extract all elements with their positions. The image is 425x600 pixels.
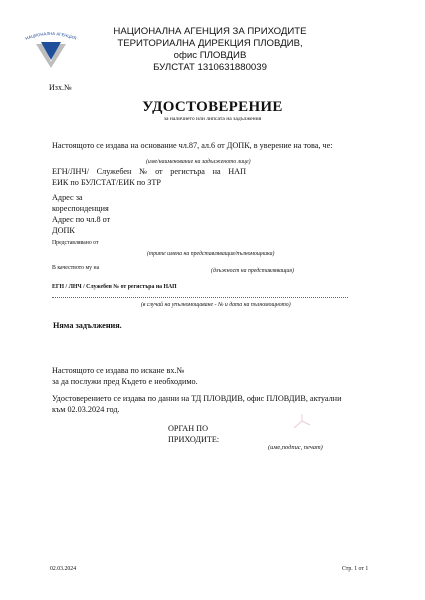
name-hint: (име/наименование на задълженото лице) xyxy=(146,159,251,165)
agency-name: НАЦИОНАЛНА АГЕНЦИЯ ЗА ПРИХОДИТЕ xyxy=(100,26,320,38)
capacity-label: В качеството му на xyxy=(52,265,99,271)
capacity-hint: (длъжност на представляващия) xyxy=(211,268,294,274)
outgoing-number-label: Изх.№ xyxy=(49,83,72,92)
art8-address-label: Адрес по чл.8 от ДОПК xyxy=(52,215,110,236)
rep-egn-label: ЕГН / ЛНЧ / Служебен № от регистъра на Н… xyxy=(52,284,177,290)
art8-address-label-l1: Адрес по чл.8 от xyxy=(52,215,110,226)
signature-mark xyxy=(290,412,314,430)
egn-label-line2: ЕИК по БУЛСТАТ/ЕИК по ЗТР xyxy=(52,178,161,189)
svg-text:НАЦИОНАЛНА АГЕНЦИЯ ЗА ПРИХОДИТ: НАЦИОНАЛНА АГЕНЦИЯ ЗА ПРИХОДИТЕ xyxy=(22,28,77,41)
footer-date: 02.03.2024 xyxy=(50,566,76,572)
footer-page-number: Стр. 1 от 1 xyxy=(342,566,368,572)
data-source-line1: Удостоверението се издава по данни на ТД… xyxy=(52,394,341,405)
request-line: Настоящото се издава по искане вх.№ xyxy=(52,366,184,377)
intro-text: Настоящото се издава на основание чл.87,… xyxy=(52,141,333,152)
bulstat-number: БУЛСТАТ 1310631880039 xyxy=(100,62,320,74)
purpose-line: за да послужи пред Където е необходимо. xyxy=(52,377,198,388)
art8-address-label-l2: ДОПК xyxy=(52,226,110,237)
document-title: УДОСТОВЕРЕНИЕ xyxy=(0,99,425,116)
represented-hint: (трите имена на представляващия/пълномощ… xyxy=(147,251,274,257)
office-name: офис ПЛОВДИВ xyxy=(100,50,320,62)
revenue-organ-label: ОРГАН ПО ПРИХОДИТЕ: xyxy=(168,424,219,445)
directorate-name: ТЕРИТОРИАЛНА ДИРЕКЦИЯ ПЛОВДИВ, xyxy=(100,38,320,50)
result-no-obligations: Няма задължения. xyxy=(53,321,122,332)
nra-logo: НАЦИОНАЛНА АГЕНЦИЯ ЗА ПРИХОДИТЕ xyxy=(22,28,80,72)
nra-logo-icon: НАЦИОНАЛНА АГЕНЦИЯ ЗА ПРИХОДИТЕ xyxy=(22,28,80,72)
data-source-line2: към 02.03.2024 год. xyxy=(52,405,120,416)
signature-hint: (име,подпис, печат) xyxy=(268,444,323,451)
corr-address-label-l2: кореспонденция xyxy=(52,204,109,215)
agency-header: НАЦИОНАЛНА АГЕНЦИЯ ЗА ПРИХОДИТЕ ТЕРИТОРИ… xyxy=(100,26,320,74)
corr-address-label-l1: Адрес за xyxy=(52,193,109,204)
represented-by-label: Представлявано от xyxy=(52,240,99,246)
power-of-attorney-hint: (в случай на упълномощаване - № и дата н… xyxy=(141,302,291,308)
dotted-line-divider xyxy=(52,297,348,298)
revenue-organ-l1: ОРГАН ПО xyxy=(168,424,219,435)
signature-mark-icon xyxy=(290,412,314,430)
egn-label-line1: ЕГН/ЛНЧ/ Служебен № от регистъра на НАП xyxy=(52,167,246,178)
revenue-organ-l2: ПРИХОДИТЕ: xyxy=(168,435,219,446)
corr-address-label: Адрес за кореспонденция xyxy=(52,193,109,214)
document-subtitle: за наличието или липсата на задължения xyxy=(0,116,425,122)
